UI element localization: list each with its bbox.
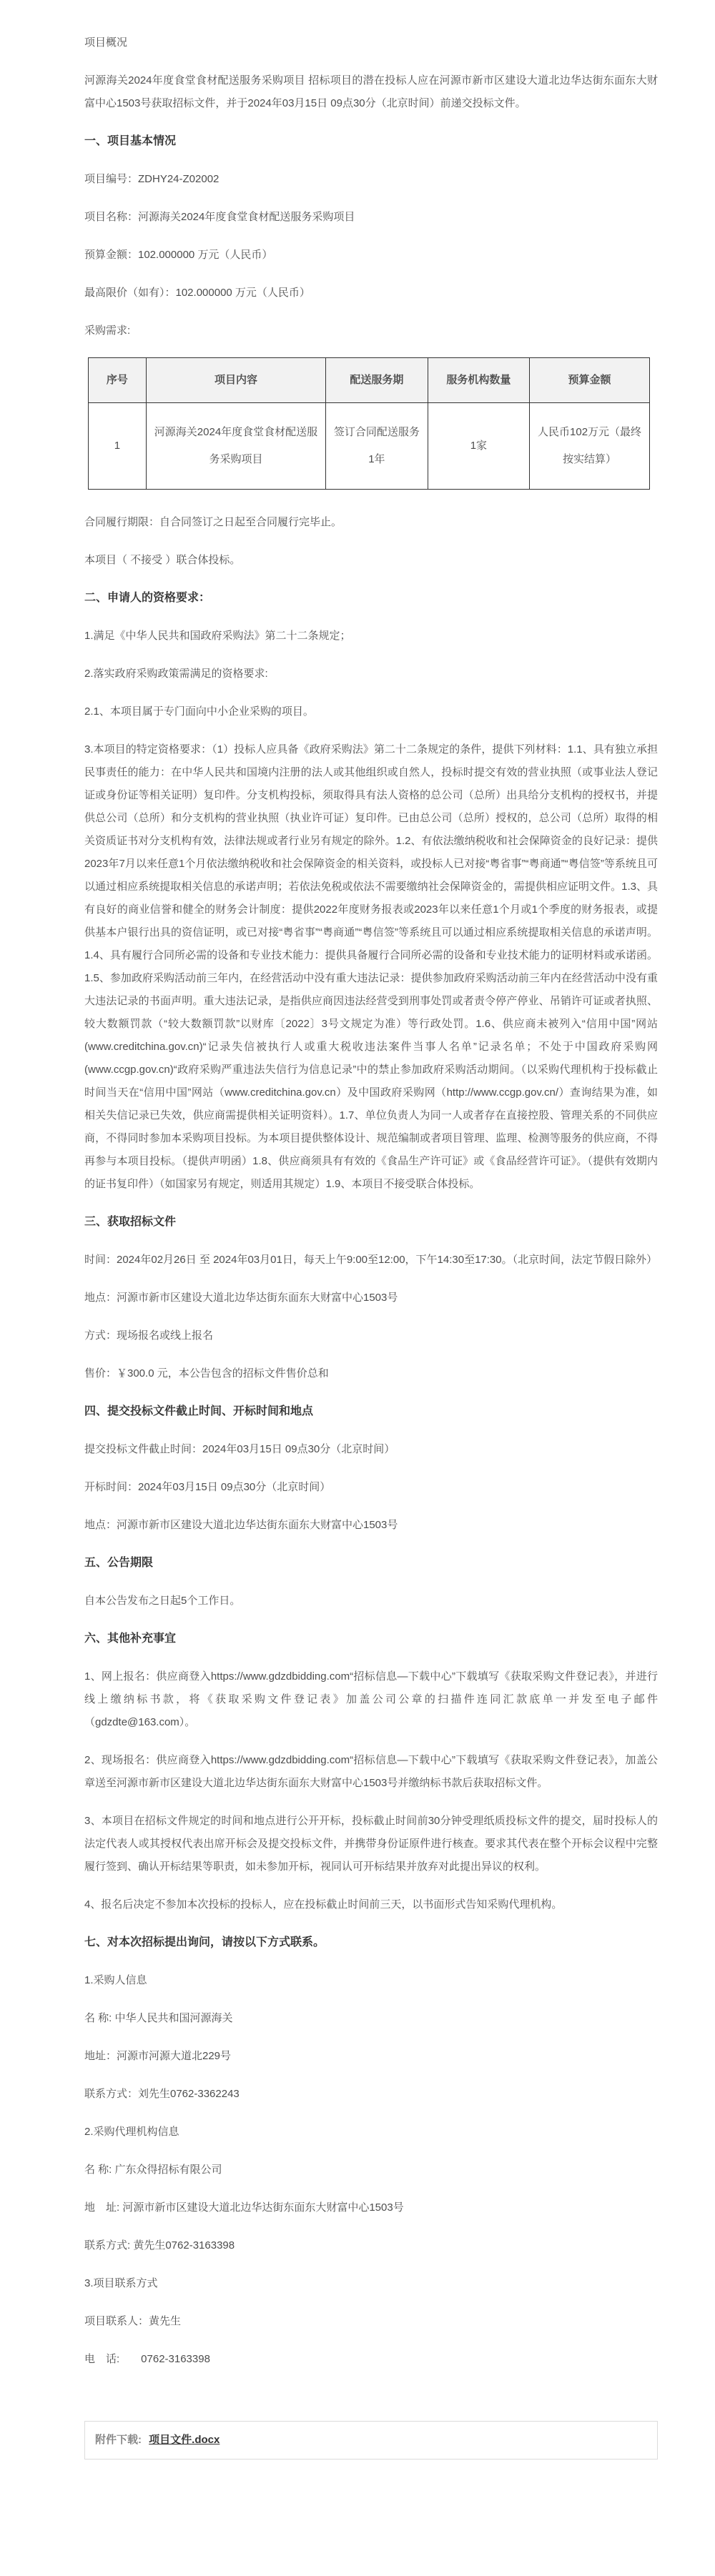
overview-body: 河源海关2024年度食堂食材配送服务采购项目 招标项目的潜在投标人应在河源市新市… (84, 69, 658, 115)
agency-address: 地 址: 河源市新市区建设大道北边华达街东面东大财富中心1503号 (84, 2196, 658, 2219)
agency-info-title: 2.采购代理机构信息 (84, 2121, 658, 2144)
table-cell-count: 1家 (428, 403, 530, 490)
document-method: 方式：现场报名或线上报名 (84, 1324, 658, 1347)
project-contact-person: 项目联系人：黄先生 (84, 2310, 658, 2333)
project-contact-title: 3.项目联系方式 (84, 2272, 658, 2295)
supplement-item-3: 3、本项目在招标文件规定的时间和地点进行公开开标，投标截止时间前30分钟受理纸质… (84, 1810, 658, 1878)
table-cell-no: 1 (89, 403, 147, 490)
bid-open-time: 开标时间：2024年03月15日 09点30分（北京时间） (84, 1476, 658, 1499)
table-header-period: 配送服务期 (326, 358, 428, 403)
section5-heading: 五、公告期限 (84, 1552, 658, 1575)
buyer-contact: 联系方式：刘先生0762-3362243 (84, 2083, 658, 2106)
supplement-item-2: 2、现场报名：供应商登入https://www.gdzdbidding.com“… (84, 1749, 658, 1795)
qualification-3: 3.本项目的特定资格要求：（1）投标人应具备《政府采购法》第二十二条规定的条件，… (84, 738, 658, 1196)
agency-contact: 联系方式: 黄先生0762-3163398 (84, 2234, 658, 2257)
buyer-info-title: 1.采购人信息 (84, 1969, 658, 1992)
contract-term: 合同履行期限：自合同签订之日起至合同履行完毕止。 (84, 511, 658, 534)
document-price: 售价：￥300.0 元，本公告包含的招标文件售价总和 (84, 1362, 658, 1385)
section4-heading: 四、提交投标文件截止时间、开标时间和地点 (84, 1400, 658, 1423)
buyer-name: 名 称: 中华人民共和国河源海关 (84, 2007, 658, 2030)
table-header-no: 序号 (89, 358, 147, 403)
qualification-2-1: 2.1、本项目属于专门面向中小企业采购的项目。 (84, 700, 658, 723)
max-price: 最高限价（如有）：102.000000 万元（人民币） (84, 282, 658, 304)
section6-heading: 六、其他补充事宜 (84, 1628, 658, 1650)
section2-heading: 二、申请人的资格要求： (84, 587, 658, 610)
procurement-notice-page: 项目概况 河源海关2024年度食堂食材配送服务采购项目 招标项目的潜在投标人应在… (0, 0, 715, 2472)
purchase-demand-label: 采购需求: (84, 319, 658, 342)
section7-heading: 七、对本次招标提出询问，请按以下方式联系。 (84, 1931, 658, 1954)
supplement-item-1: 1、网上报名：供应商登入https://www.gdzdbidding.com“… (84, 1665, 658, 1734)
qualification-1: 1.满足《中华人民共和国政府采购法》第二十二条规定； (84, 625, 658, 648)
section3-heading: 三、获取招标文件 (84, 1211, 658, 1234)
demand-table-header-row: 序号 项目内容 配送服务期 服务机构数量 预算金额 (89, 358, 650, 403)
agency-name: 名 称: 广东众得招标有限公司 (84, 2159, 658, 2181)
budget-amount: 预算金额：102.000000 万元（人民币） (84, 244, 658, 267)
table-cell-budget: 人民币102万元（最终按实结算） (530, 403, 650, 490)
table-header-content: 项目内容 (146, 358, 325, 403)
table-header-budget: 预算金额 (530, 358, 650, 403)
table-cell-period: 签订合同配送服务1年 (326, 403, 428, 490)
submit-deadline: 提交投标文件截止时间：2024年03月15日 09点30分（北京时间） (84, 1438, 658, 1461)
qualification-2: 2.落实政府采购政策需满足的资格要求: (84, 663, 658, 685)
attachment-box: 附件下载: 项目文件.docx (84, 2421, 658, 2459)
table-header-count: 服务机构数量 (428, 358, 530, 403)
section1-heading: 一、项目基本情况 (84, 130, 658, 153)
project-name: 项目名称：河源海关2024年度食堂食材配送服务采购项目 (84, 206, 658, 229)
attachment-label: 附件下载: (95, 2434, 142, 2446)
project-number: 项目编号：ZDHY24-Z02002 (84, 168, 658, 191)
notice-period: 自本公告发布之日起5个工作日。 (84, 1590, 658, 1613)
table-cell-content: 河源海关2024年度食堂食材配送服务采购项目 (146, 403, 325, 490)
demand-table: 序号 项目内容 配送服务期 服务机构数量 预算金额 1 河源海关2024年度食堂… (88, 357, 650, 490)
supplement-item-4: 4、报名后决定不参加本次投标的投标人，应在投标截止时间前三天，以书面形式告知采购… (84, 1893, 658, 1916)
attachment-file-link[interactable]: 项目文件.docx (149, 2434, 220, 2446)
overview-title: 项目概况 (84, 31, 658, 54)
project-contact-phone: 电 话: 0762-3163398 (84, 2348, 658, 2371)
joint-bid-note: 本项目（ 不接受 ）联合体投标。 (84, 549, 658, 572)
buyer-address: 地址：河源市河源大道北229号 (84, 2045, 658, 2068)
table-row: 1 河源海关2024年度食堂食材配送服务采购项目 签订合同配送服务1年 1家 人… (89, 403, 650, 490)
bid-open-place: 地点：河源市新市区建设大道北边华达街东面东大财富中心1503号 (84, 1514, 658, 1537)
document-place: 地点：河源市新市区建设大道北边华达街东面东大财富中心1503号 (84, 1287, 658, 1309)
document-time: 时间：2024年02月26日 至 2024年03月01日，每天上午9:00至12… (84, 1249, 658, 1272)
